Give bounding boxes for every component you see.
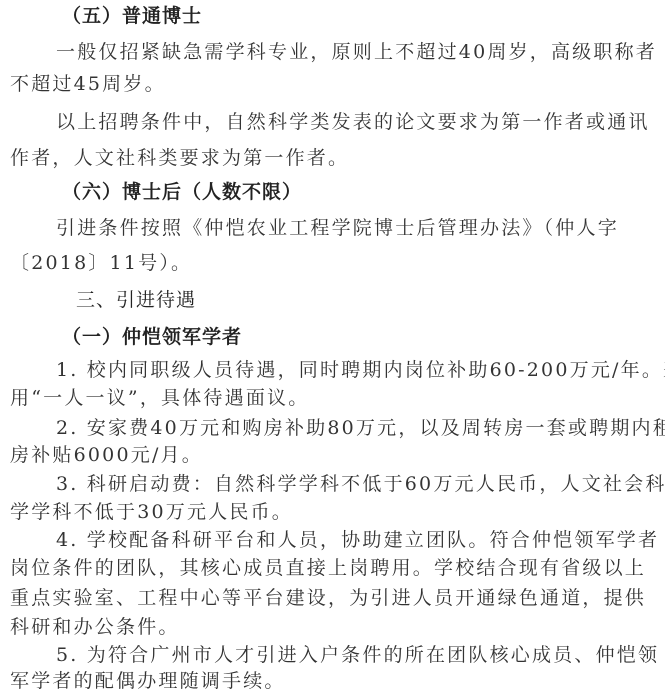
paragraph-line: 房补贴6000元/月。 xyxy=(10,443,203,467)
paragraph-line: 科研和办公条件。 xyxy=(10,615,180,639)
paragraph-line: 学学科不低于30万元人民币。 xyxy=(10,500,293,524)
paragraph-line: 重点实验室、工程中心等平台建设，为引进人员开通绿色通道，提供 xyxy=(10,586,646,610)
paragraph-line: 岗位条件的团队，其核心成员直接上岗聘用。学校结合现有省级以上 xyxy=(10,556,646,580)
paragraph-line: 一般仅招紧缺急需学科专业，原则上不超过40周岁，高级职称者 xyxy=(56,40,657,64)
list-item-3: 3. 科研启动费：自然科学学科不低于60万元人民币，人文社会科 xyxy=(56,472,665,496)
heading-leading-scholar: （一）仲恺领军学者 xyxy=(62,325,242,349)
paragraph-line: 不超过45周岁。 xyxy=(10,72,166,96)
paragraph-line: 引进条件按照《仲恺农业工程学院博士后管理办法》（仲人字 xyxy=(56,216,619,240)
paragraph-line: 作者，人文社科类要求为第一作者。 xyxy=(10,146,349,170)
paragraph-line: 以上招聘条件中，自然科学类发表的论文要求为第一作者或通讯 xyxy=(56,110,650,134)
list-item-2: 2. 安家费40万元和购房补助80万元，以及周转房一套或聘期内租 xyxy=(56,416,665,440)
heading-postdoc: （六）博士后（人数不限） xyxy=(62,180,302,204)
section-heading-benefits: 三、引进待遇 xyxy=(76,288,196,312)
heading-ordinary-phd: （五）普通博士 xyxy=(62,4,202,28)
list-item-5: 5. 为符合广州市人才引进入户条件的所在团队核心成员、仲恺领 xyxy=(56,643,659,667)
list-item-4: 4. 学校配备科研平台和人员，协助建立团队。符合仲恺领军学者 xyxy=(56,528,659,552)
paragraph-line: 军学者的配偶办理随调手续。 xyxy=(10,669,286,693)
list-item-1: 1. 校内同职级人员待遇，同时聘期内岗位补助60-200万元/年。采 xyxy=(56,358,665,382)
paragraph-line: 用“一人一议”，具体待遇面议。 xyxy=(10,386,309,410)
paragraph-line: 〔2018〕11号）。 xyxy=(10,251,192,275)
